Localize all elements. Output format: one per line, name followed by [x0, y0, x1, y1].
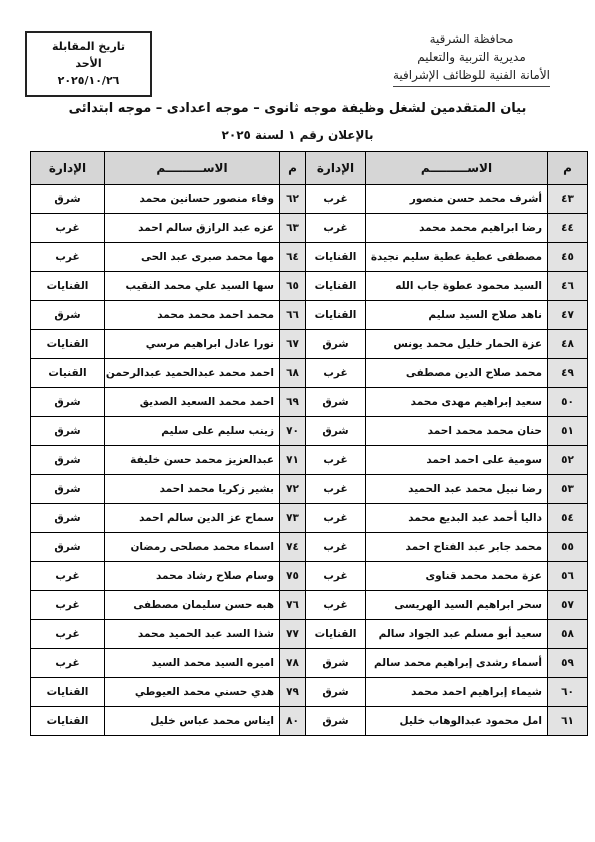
cell-number-left: ٧٢ [280, 475, 306, 504]
cell-admin-left: شرق [31, 475, 105, 504]
table-row: ٤٩محمد صلاح الدين مصطفىغرب٦٨احمد محمد عب… [31, 359, 588, 388]
cell-number-left: ٧١ [280, 446, 306, 475]
table-row: ٥٩أسماء رشدى إبراهيم محمد سالمشرق٧٨اميره… [31, 649, 588, 678]
cell-number-left: ٧٤ [280, 533, 306, 562]
cell-number-right: ٥٥ [548, 533, 588, 562]
cell-number-left: ٦٧ [280, 330, 306, 359]
cell-admin-right: غرب [306, 591, 366, 620]
cell-name-right: داليا أحمد عبد البديع محمد [366, 504, 548, 533]
cell-name-left: هدي حسني محمد العيوطي [105, 678, 280, 707]
cell-name-left: شذا السد عبد الحميد محمد [105, 620, 280, 649]
cell-admin-left: غرب [31, 562, 105, 591]
cell-number-right: ٤٧ [548, 301, 588, 330]
table-row: ٥٨سعيد أبو مسلم عبد الجواد سالمالقنايات٧… [31, 620, 588, 649]
table-row: ٤٧ناهد صلاح السيد سليمالقنايات٦٦محمد احم… [31, 301, 588, 330]
cell-name-right: سعيد إبراهيم مهدى محمد [366, 388, 548, 417]
cell-admin-left: غرب [31, 214, 105, 243]
cell-name-left: ايناس محمد عباس خليل [105, 707, 280, 736]
table-row: ٥٥محمد جابر عبد الفتاح احمدغرب٧٤اسماء مح… [31, 533, 588, 562]
cell-admin-right: غرب [306, 562, 366, 591]
cell-admin-left: غرب [31, 591, 105, 620]
table-row: ٤٦السيد محمود عطوة جاب اللهالقنايات٦٥سها… [31, 272, 588, 301]
document-page: محافظة الشرقية مديرية التربية والتعليم ا… [0, 0, 595, 842]
cell-number-right: ٥٧ [548, 591, 588, 620]
cell-name-left: مها محمد صبرى عبد الحى [105, 243, 280, 272]
cell-name-left: وفاء منصور حسانين محمد [105, 185, 280, 214]
cell-name-right: أشرف محمد حسن منصور [366, 185, 548, 214]
cell-number-left: ٧٨ [280, 649, 306, 678]
cell-number-right: ٤٩ [548, 359, 588, 388]
cell-number-left: ٧٦ [280, 591, 306, 620]
cell-admin-left: شرق [31, 446, 105, 475]
cell-name-left: سها السيد علي محمد النقيب [105, 272, 280, 301]
cell-name-left: زينب سليم على سليم [105, 417, 280, 446]
cell-name-right: محمد صلاح الدين مصطفى [366, 359, 548, 388]
cell-number-left: ٦٨ [280, 359, 306, 388]
cell-admin-right: القنايات [306, 243, 366, 272]
cell-number-right: ٥٢ [548, 446, 588, 475]
cell-number-right: ٥٦ [548, 562, 588, 591]
cell-admin-right: غرب [306, 533, 366, 562]
table-header-row: م الاســـــــــم الإدارة م الاســـــــــ… [31, 152, 588, 185]
table-row: ٥٧سحر ابراهيم السيد الهريسىغرب٧٦هبه حسن … [31, 591, 588, 620]
cell-admin-left: القنايات [31, 707, 105, 736]
cell-admin-left: القنايات [31, 330, 105, 359]
cell-admin-right: شرق [306, 678, 366, 707]
cell-name-right: سعيد أبو مسلم عبد الجواد سالم [366, 620, 548, 649]
organization-header: محافظة الشرقية مديرية التربية والتعليم ا… [354, 30, 589, 87]
org-line-governorate: محافظة الشرقية [354, 30, 589, 48]
interview-day: الأحد [29, 55, 148, 72]
cell-admin-left: شرق [31, 301, 105, 330]
cell-name-right: محمد جابر عبد الفتاح احمد [366, 533, 548, 562]
cell-admin-left: شرق [31, 185, 105, 214]
cell-admin-right: غرب [306, 504, 366, 533]
page-title: بيان المتقدمين لشغل وظيفة موجه ثانوى – م… [0, 101, 595, 116]
cell-number-left: ٦٣ [280, 214, 306, 243]
cell-admin-right: غرب [306, 359, 366, 388]
table-row: ٤٤رضا ابراهيم محمد محمدغرب٦٣عزه عبد الرا… [31, 214, 588, 243]
cell-number-left: ٦٩ [280, 388, 306, 417]
cell-admin-left: القنايات [31, 272, 105, 301]
cell-name-left: هبه حسن سليمان مصطفى [105, 591, 280, 620]
cell-number-right: ٤٨ [548, 330, 588, 359]
cell-number-right: ٥٠ [548, 388, 588, 417]
cell-name-left: محمد احمد محمد محمد [105, 301, 280, 330]
cell-number-right: ٥٣ [548, 475, 588, 504]
table-row: ٥٤داليا أحمد عبد البديع محمدغرب٧٣سماح عز… [31, 504, 588, 533]
cell-admin-left: القنايات [31, 678, 105, 707]
cell-number-right: ٥٨ [548, 620, 588, 649]
cell-name-right: أسماء رشدى إبراهيم محمد سالم [366, 649, 548, 678]
cell-name-right: سحر ابراهيم السيد الهريسى [366, 591, 548, 620]
cell-admin-right: غرب [306, 185, 366, 214]
cell-admin-right: شرق [306, 417, 366, 446]
cell-number-left: ٧٠ [280, 417, 306, 446]
header-admin-left: الإدارة [31, 152, 105, 185]
cell-name-right: عزة محمد محمد قناوى [366, 562, 548, 591]
table-row: ٦٠شيماء إبراهيم احمد محمدشرق٧٩هدي حسني م… [31, 678, 588, 707]
header-num-right: م [548, 152, 588, 185]
cell-admin-left: شرق [31, 504, 105, 533]
cell-name-right: ناهد صلاح السيد سليم [366, 301, 548, 330]
cell-admin-left: شرق [31, 417, 105, 446]
interview-date-value: ٢٠٢٥/١٠/٢٦ [29, 72, 148, 89]
header-name-right: الاســـــــــم [366, 152, 548, 185]
table-row: ٤٣أشرف محمد حسن منصورغرب٦٢وفاء منصور حسا… [31, 185, 588, 214]
cell-admin-right: القنايات [306, 301, 366, 330]
cell-name-left: اسماء محمد مصلحى رمضان [105, 533, 280, 562]
org-line-directorate: مديرية التربية والتعليم [354, 48, 589, 66]
cell-admin-left: غرب [31, 649, 105, 678]
table-row: ٥٢سومية على احمد احمدغرب٧١عبدالعزيز محمد… [31, 446, 588, 475]
header-name-left: الاســـــــــم [105, 152, 280, 185]
cell-name-left: عبدالعزيز محمد حسن خليفة [105, 446, 280, 475]
cell-name-right: رضا ابراهيم محمد محمد [366, 214, 548, 243]
table-row: ٥٦عزة محمد محمد قناوىغرب٧٥وسام صلاح رشاد… [31, 562, 588, 591]
header-num-left: م [280, 152, 306, 185]
cell-name-right: امل محمود عبدالوهاب خليل [366, 707, 548, 736]
cell-name-left: وسام صلاح رشاد محمد [105, 562, 280, 591]
table-body: ٤٣أشرف محمد حسن منصورغرب٦٢وفاء منصور حسا… [31, 185, 588, 736]
cell-name-right: السيد محمود عطوة جاب الله [366, 272, 548, 301]
cell-number-left: ٦٦ [280, 301, 306, 330]
cell-name-left: اميره السيد محمد السيد [105, 649, 280, 678]
interview-date-label: تاريخ المقابلة [29, 38, 148, 55]
cell-number-left: ٧٣ [280, 504, 306, 533]
cell-admin-left: شرق [31, 388, 105, 417]
cell-number-left: ٦٥ [280, 272, 306, 301]
table-row: ٥٣رضا نبيل محمد عبد الحميدغرب٧٢بشير زكري… [31, 475, 588, 504]
cell-number-right: ٥١ [548, 417, 588, 446]
cell-admin-right: شرق [306, 330, 366, 359]
cell-number-left: ٦٤ [280, 243, 306, 272]
page-subtitle: بالإعلان رقم ١ لسنة ٢٠٢٥ [0, 128, 595, 142]
cell-number-left: ٧٧ [280, 620, 306, 649]
cell-number-right: ٦١ [548, 707, 588, 736]
cell-number-right: ٤٤ [548, 214, 588, 243]
cell-admin-left: شرق [31, 533, 105, 562]
cell-number-left: ٧٥ [280, 562, 306, 591]
cell-admin-right: القنايات [306, 272, 366, 301]
cell-number-left: ٨٠ [280, 707, 306, 736]
cell-admin-right: شرق [306, 649, 366, 678]
cell-name-right: سومية على احمد احمد [366, 446, 548, 475]
cell-name-left: بشير زكريا محمد احمد [105, 475, 280, 504]
cell-number-right: ٥٩ [548, 649, 588, 678]
header-admin-right: الإدارة [306, 152, 366, 185]
cell-admin-right: غرب [306, 446, 366, 475]
cell-number-right: ٤٦ [548, 272, 588, 301]
table-row: ٦١امل محمود عبدالوهاب خليلشرق٨٠ايناس محم… [31, 707, 588, 736]
table-row: ٤٨عزة الحمار خليل محمد يونسشرق٦٧نورا عاد… [31, 330, 588, 359]
cell-name-left: احمد محمد السعيد الصديق [105, 388, 280, 417]
cell-admin-left: غرب [31, 620, 105, 649]
cell-number-right: ٤٥ [548, 243, 588, 272]
interview-date-box: تاريخ المقابلة الأحد ٢٠٢٥/١٠/٢٦ [25, 31, 152, 97]
cell-number-right: ٥٤ [548, 504, 588, 533]
table-row: ٥١حنان محمد محمد احمدشرق٧٠زينب سليم على … [31, 417, 588, 446]
cell-name-right: شيماء إبراهيم احمد محمد [366, 678, 548, 707]
table-row: ٤٥مصطفى عطية عطية سليم نجيدةالقنايات٦٤مه… [31, 243, 588, 272]
cell-admin-left: غرب [31, 243, 105, 272]
cell-name-right: عزة الحمار خليل محمد يونس [366, 330, 548, 359]
cell-name-right: مصطفى عطية عطية سليم نجيدة [366, 243, 548, 272]
cell-number-left: ٦٢ [280, 185, 306, 214]
cell-name-right: حنان محمد محمد احمد [366, 417, 548, 446]
cell-admin-left: القنيات [31, 359, 105, 388]
cell-name-left: سماح عز الدين سالم احمد [105, 504, 280, 533]
cell-admin-right: شرق [306, 388, 366, 417]
table-row: ٥٠سعيد إبراهيم مهدى محمدشرق٦٩احمد محمد ا… [31, 388, 588, 417]
cell-number-left: ٧٩ [280, 678, 306, 707]
org-line-secretariat: الأمانة الفنية للوظائف الإشرافية [354, 66, 589, 87]
cell-admin-right: غرب [306, 214, 366, 243]
cell-admin-right: غرب [306, 475, 366, 504]
cell-admin-right: القنايات [306, 620, 366, 649]
cell-name-left: احمد محمد عبدالحميد عبدالرحمن [105, 359, 280, 388]
applicants-table: م الاســـــــــم الإدارة م الاســـــــــ… [30, 151, 588, 736]
cell-number-right: ٤٣ [548, 185, 588, 214]
cell-number-right: ٦٠ [548, 678, 588, 707]
cell-name-right: رضا نبيل محمد عبد الحميد [366, 475, 548, 504]
cell-admin-right: شرق [306, 707, 366, 736]
cell-name-left: عزه عبد الرازق سالم احمد [105, 214, 280, 243]
cell-name-left: نورا عادل ابراهيم مرسي [105, 330, 280, 359]
